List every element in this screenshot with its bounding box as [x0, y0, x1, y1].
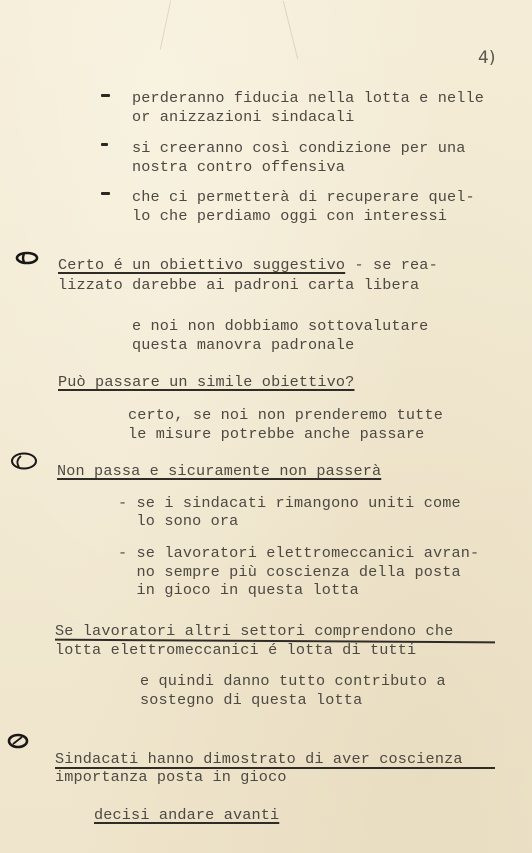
handwritten-circle-mark-icon — [8, 451, 38, 471]
puo-indent-line-1: certo, se noi non prenderemo tutte — [128, 406, 443, 424]
se-lavoratori-line-2: lotta elettromeccanici é lotta di tutti — [55, 641, 416, 659]
sindacati-conclusion-text: decisi andare avanti — [94, 806, 279, 824]
non-passa-item-1-line-1: - se i sindacati rimangono uniti come — [118, 494, 461, 512]
se-lavoratori-heading-line-1: Se lavoratori altri settori comprendono … — [55, 622, 453, 640]
certo-line-1-rest: - se rea- — [345, 256, 438, 274]
bullet-2-line-1: si creeranno così condizione per una — [132, 139, 466, 157]
puo-heading-text: Può passare un simile obiettivo? — [58, 373, 354, 391]
se-lavoratori-indent-line-1: e quindi danno tutto contributo a — [140, 672, 446, 690]
bullet-1-line-1: perderanno fiducia nella lotta e nelle — [132, 89, 484, 107]
handwritten-circle-mark-icon — [7, 733, 29, 749]
bullet-2-line-2: nostra contro offensiva — [132, 158, 345, 176]
sindacati-heading-line-1: Sindacati hanno dimostrato di aver cosci… — [55, 750, 463, 768]
page-number: 4) — [478, 48, 495, 68]
bullet-3-line-1: che ci permetterà di recuperare quel- — [132, 188, 475, 206]
certo-line-1: Certo é un obiettivo suggestivo - se rea… — [58, 256, 438, 274]
non-passa-item-2-line-1: - se lavoratori elettromeccanici avran- — [118, 544, 479, 562]
puo-heading: Può passare un simile obiettivo? — [58, 373, 354, 391]
handwritten-circle-mark-icon — [15, 251, 39, 265]
certo-indent-line-2: questa manovra padronale — [132, 336, 354, 354]
bullet-1-line-2: or anizzazioni sindacali — [132, 108, 354, 126]
non-passa-item-2-line-2: no sempre più coscienza della posta — [118, 563, 461, 581]
non-passa-item-1-line-2: lo sono ora — [118, 512, 238, 530]
certo-indent-line-1: e noi non dobbiamo sottovalutare — [132, 317, 428, 335]
paper-crease — [283, 1, 298, 59]
bullet-3-line-2: lo che perdiamo oggi con interessi — [132, 207, 447, 225]
non-passa-item-2-line-3: in gioco in questa lotta — [118, 581, 359, 599]
sindacati-line-2: importanza posta in gioco — [55, 768, 287, 786]
sindacati-conclusion: decisi andare avanti — [94, 806, 279, 824]
puo-indent-line-2: le misure potrebbe anche passare — [128, 425, 424, 443]
se-lavoratori-indent-line-2: sostegno di questa lotta — [140, 691, 362, 709]
bullet-dash — [101, 192, 110, 195]
paper-crease — [160, 0, 171, 49]
certo-underlined-heading: Certo é un obiettivo suggestivo — [58, 256, 345, 274]
non-passa-heading: Non passa e sicuramente non passerà — [57, 462, 381, 480]
certo-line-2: lizzato darebbe ai padroni carta libera — [58, 276, 419, 294]
bullet-dash — [101, 143, 108, 146]
typewritten-page: 4) perderanno fiducia nella lotta e nell… — [0, 0, 532, 853]
non-passa-heading-text: Non passa e sicuramente non passerà — [57, 462, 381, 480]
bullet-dash — [101, 94, 110, 97]
